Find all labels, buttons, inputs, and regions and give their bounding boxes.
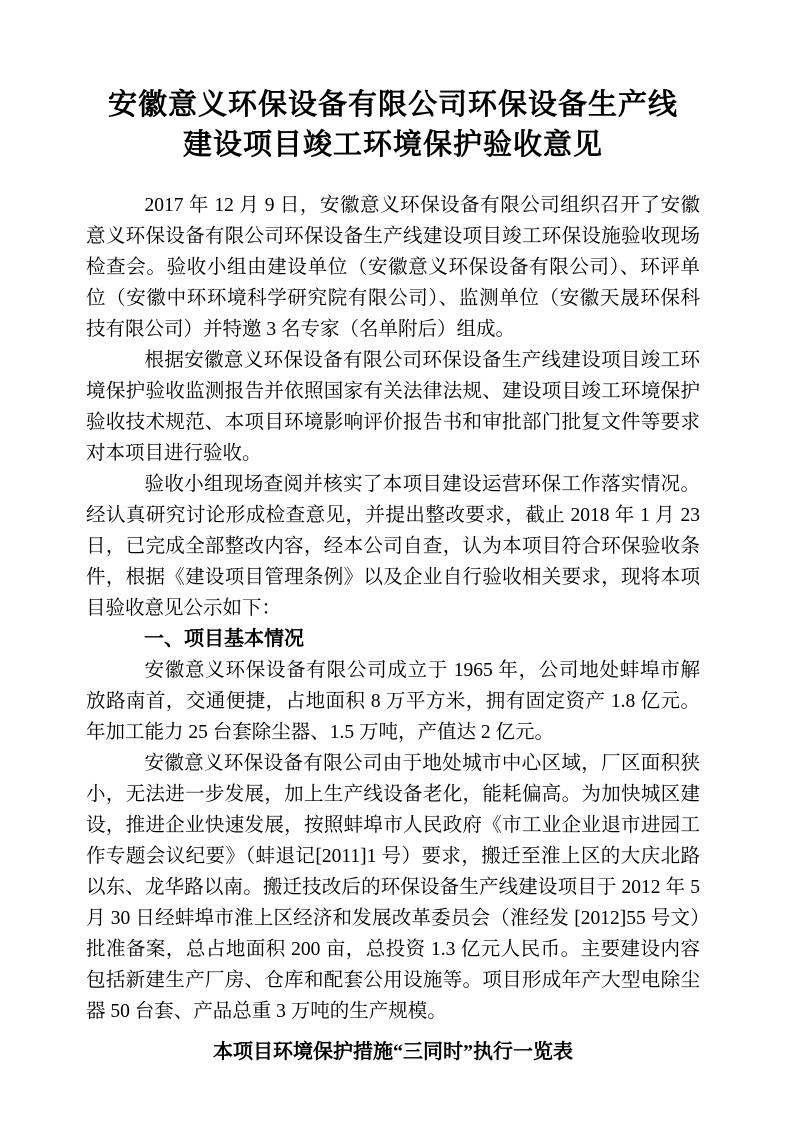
document-title: 安徽意义环保设备有限公司环保设备生产线建设项目竣工环境保护验收意见 [101, 85, 685, 165]
paragraph-company-profile: 安徽意义环保设备有限公司成立于 1965 年，公司地处蚌埠市解放路南首，交通便捷… [86, 655, 700, 748]
paragraph-meeting-intro: 2017 年 12 月 9 日，安徽意义环保设备有限公司组织召开了安徽意义环保设… [86, 190, 700, 345]
table-caption-three-simultaneous: 本项目环境保护措施“三同时”执行一览表 [86, 1037, 700, 1068]
document-page: 安徽意义环保设备有限公司环保设备生产线建设项目竣工环境保护验收意见 2017 年… [0, 0, 794, 1123]
paragraph-relocation-project: 安徽意义环保设备有限公司由于地处城市中心区域，厂区面积狭小，无法进一步发展，加上… [86, 748, 700, 1027]
paragraph-review-conclusion: 验收小组现场查阅并核实了本项目建设运营环保工作落实情况。经认真研究讨论形成检查意… [86, 469, 700, 624]
section-heading-project-basics: 一、项目基本情况 [86, 624, 700, 655]
paragraph-acceptance-basis: 根据安徽意义环保设备有限公司环保设备生产线建设项目竣工环境保护验收监测报告并依照… [86, 345, 700, 469]
